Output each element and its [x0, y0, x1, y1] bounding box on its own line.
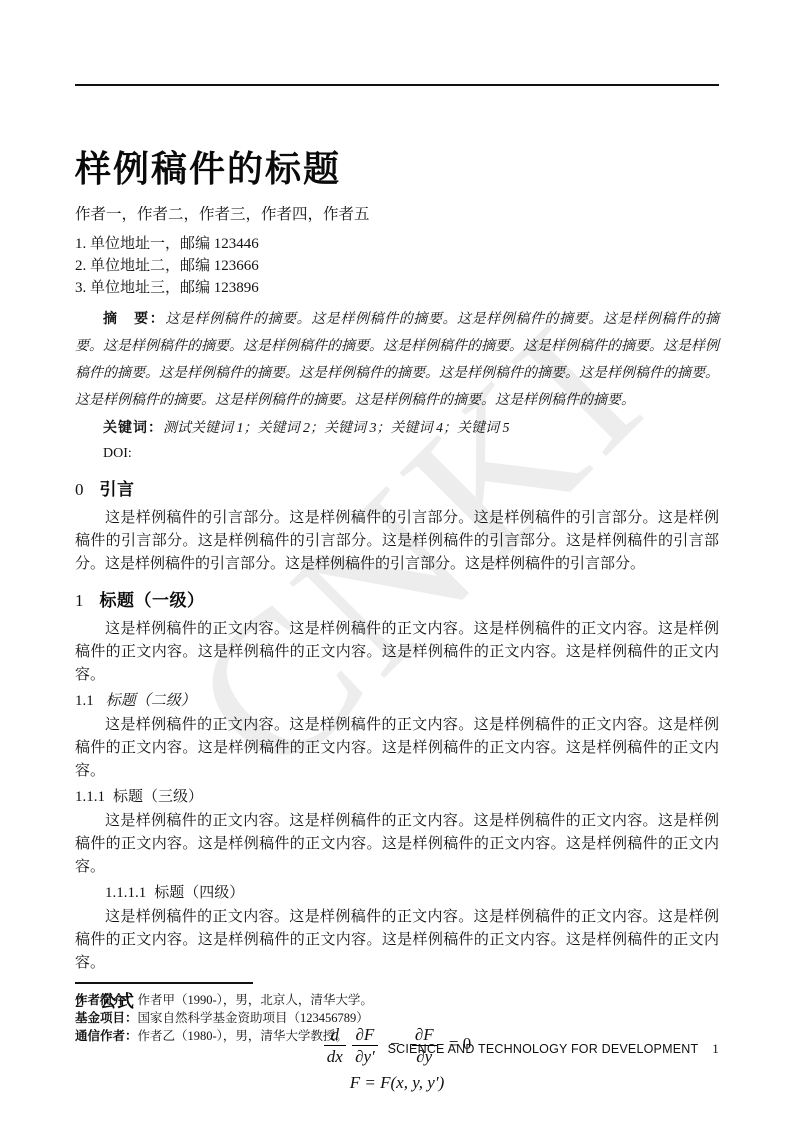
footnote-label: 作者简介：: [75, 993, 138, 1007]
paragraph: 这是样例稿件的正文内容。这是样例稿件的正文内容。这是样例稿件的正文内容。这是样例…: [75, 714, 719, 783]
footnote-label: 通信作者：: [75, 1029, 138, 1043]
section-heading-level2: 1.1标题（二级）: [75, 692, 719, 711]
section-number: 1: [75, 591, 84, 610]
footnote-text: 作者乙（1980-），男，清华大学教授。: [138, 1029, 348, 1043]
section-number: 1.1.1.1: [105, 885, 146, 901]
keywords-line: 关键词：测试关键词 1；关键词 2；关键词 3；关键词 4；关键词 5: [75, 414, 719, 442]
fraction-denominator: ∂y′: [352, 1046, 378, 1066]
fraction-denominator: dx: [324, 1046, 346, 1066]
journal-name: SCIENCE AND TECHNOLOGY FOR DEVELOPMENT: [388, 1042, 699, 1056]
page-content: 样例稿件的标题 作者一，作者二，作者三，作者四，作者五 1. 单位地址一，邮编 …: [75, 0, 719, 1100]
keywords-text: 测试关键词 1；关键词 2；关键词 3；关键词 4；关键词 5: [163, 421, 510, 436]
section-number: 0: [75, 480, 84, 499]
footnote-author-bio: 作者简介：作者甲（1990-），男，北京人，清华大学。: [75, 991, 719, 1009]
paragraph: 这是样例稿件的正文内容。这是样例稿件的正文内容。这是样例稿件的正文内容。这是样例…: [75, 906, 719, 975]
footnote-funding: 基金项目：国家自然科学基金资助项目（123456789）: [75, 1009, 719, 1027]
abstract-paragraph: 摘 要：这是样例稿件的摘要。这是样例稿件的摘要。这是样例稿件的摘要。这是样例稿件…: [75, 305, 719, 414]
section-heading-level4: 1.1.1.1标题（四级）: [105, 884, 719, 903]
section-level2: 1.1标题（二级） 这是样例稿件的正文内容。这是样例稿件的正文内容。这是样例稿件…: [75, 692, 719, 783]
section-title: 标题（四级）: [154, 885, 244, 901]
equation-function-definition: F = F(x, y, y′): [75, 1073, 719, 1093]
abstract-label: 摘 要：: [103, 310, 165, 326]
document-page: CNKI 样例稿件的标题 作者一，作者二，作者三，作者四，作者五 1. 单位地址…: [0, 0, 794, 1123]
section-title: 标题（三级）: [113, 789, 203, 805]
section-title: 引言: [100, 480, 135, 499]
footnote-text: 作者甲（1990-），男，北京人，清华大学。: [138, 993, 373, 1007]
footnote-block: 作者简介：作者甲（1990-），男，北京人，清华大学。 基金项目：国家自然科学基…: [75, 982, 719, 1045]
doi-line: DOI:: [75, 442, 719, 465]
journal-footer: SCIENCE AND TECHNOLOGY FOR DEVELOPMENT1: [388, 1041, 719, 1057]
affiliation-item: 1. 单位地址一，邮编 123446: [75, 233, 719, 255]
section-heading-level3: 1.1.1标题（三级）: [75, 788, 719, 807]
author-list: 作者一，作者二，作者三，作者四，作者五: [75, 204, 719, 226]
doi-label: DOI:: [103, 446, 132, 461]
affiliation-item: 2. 单位地址二，邮编 123666: [75, 255, 719, 277]
section-introduction: 0引言 这是样例稿件的引言部分。这是样例稿件的引言部分。这是样例稿件的引言部分。…: [75, 479, 719, 576]
header-rule: [75, 84, 719, 86]
section-level3: 1.1.1标题（三级） 这是样例稿件的正文内容。这是样例稿件的正文内容。这是样例…: [75, 788, 719, 879]
paragraph: 这是样例稿件的正文内容。这是样例稿件的正文内容。这是样例稿件的正文内容。这是样例…: [75, 618, 719, 687]
section-heading-level1: 1标题（一级）: [75, 590, 719, 612]
section-heading-level1: 0引言: [75, 479, 719, 501]
section-title: 标题（二级）: [106, 693, 196, 709]
section-title: 标题（一级）: [100, 591, 205, 610]
footnote-text: 国家自然科学基金资助项目（123456789）: [138, 1011, 369, 1025]
keywords-label: 关键词：: [103, 419, 163, 435]
article-title: 样例稿件的标题: [75, 146, 719, 192]
affiliation-list: 1. 单位地址一，邮编 123446 2. 单位地址二，邮编 123666 3.…: [75, 233, 719, 299]
section-level1: 1标题（一级） 这是样例稿件的正文内容。这是样例稿件的正文内容。这是样例稿件的正…: [75, 590, 719, 687]
footnote-rule: [75, 982, 253, 984]
page-number: 1: [712, 1041, 719, 1056]
section-number: 1.1.1: [75, 789, 105, 805]
paragraph: 这是样例稿件的引言部分。这是样例稿件的引言部分。这是样例稿件的引言部分。这是样例…: [75, 507, 719, 576]
section-level4: 1.1.1.1标题（四级） 这是样例稿件的正文内容。这是样例稿件的正文内容。这是…: [75, 884, 719, 975]
affiliation-item: 3. 单位地址三，邮编 123896: [75, 277, 719, 299]
section-number: 1.1: [75, 693, 94, 709]
abstract-text: 这是样例稿件的摘要。这是样例稿件的摘要。这是样例稿件的摘要。这是样例稿件的摘要。…: [75, 312, 719, 408]
paragraph: 这是样例稿件的正文内容。这是样例稿件的正文内容。这是样例稿件的正文内容。这是样例…: [75, 810, 719, 879]
footnote-label: 基金项目：: [75, 1011, 138, 1025]
